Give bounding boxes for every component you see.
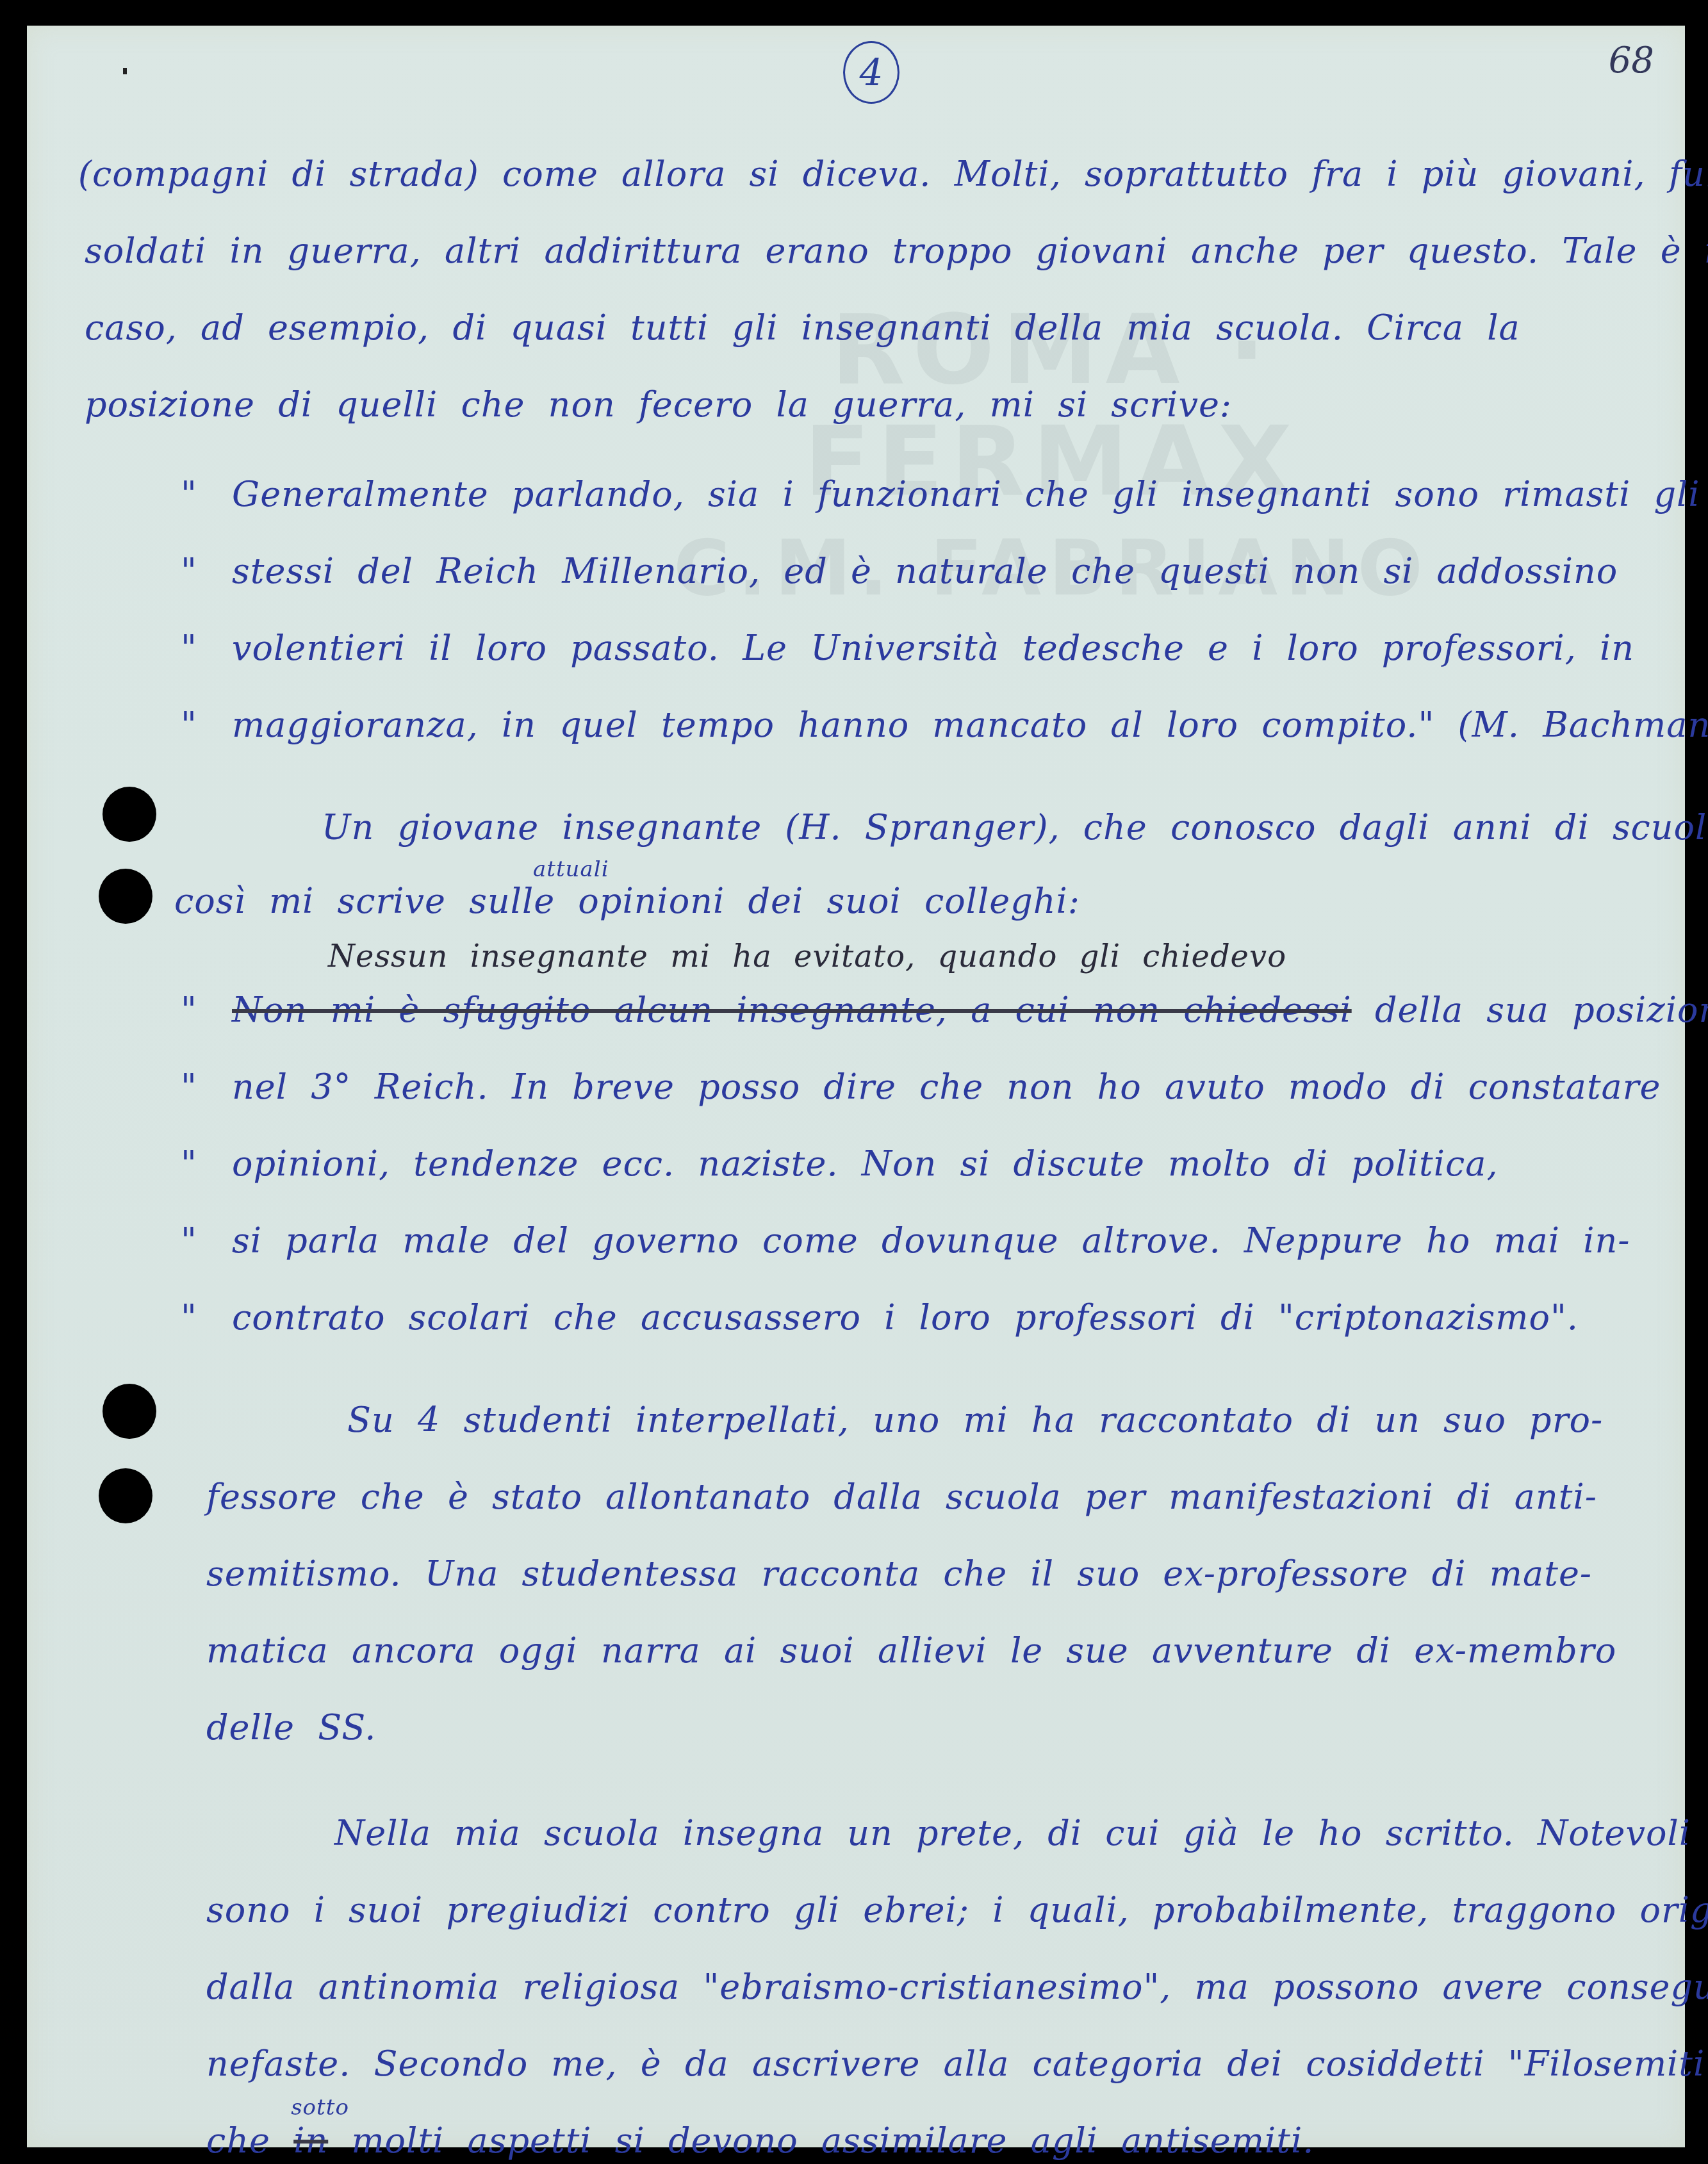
quoted-line: "Generalmente parlando, sia i funzionari… — [181, 474, 1700, 514]
text-line: soldati in guerra, altri addirittura era… — [85, 231, 1708, 271]
text-line: semitismo. Una studentessa racconta che … — [206, 1553, 1592, 1594]
ink-dot-mark — [123, 68, 127, 74]
text-line: (compagni di strada) come allora si dice… — [78, 154, 1708, 194]
ditto-quote-mark: " — [181, 1067, 232, 1107]
quoted-line: "contrato scolari che accusassero i loro… — [181, 1297, 1579, 1338]
text-line: delle SS. — [206, 1707, 376, 1748]
quoted-line: "maggioranza, in quel tempo hanno mancat… — [181, 705, 1708, 745]
quoted-line: "opinioni, tendenze ecc. naziste. Non si… — [181, 1143, 1499, 1184]
quoted-line: "Non mi è sfuggito alcun insegnante, a c… — [181, 990, 1708, 1030]
text-line: Un giovane insegnante (H. Spranger), che… — [322, 807, 1708, 848]
quoted-line: "volentieri il loro passato. Le Universi… — [181, 628, 1634, 668]
text-line: posizione di quelli che non fecero la gu… — [85, 384, 1232, 425]
interlinear-insertion: sotto — [291, 2095, 349, 2120]
quoted-line: "nel 3° Reich. In breve posso dire che n… — [181, 1067, 1661, 1107]
text-line: Su 4 studenti interpellati, uno mi ha ra… — [347, 1400, 1603, 1440]
text-line: caso, ad esempio, di quasi tutti gli ins… — [85, 307, 1520, 348]
struck-text: Non mi è sfuggito alcun insegnante, a cu… — [232, 990, 1352, 1030]
text-line: che sotto in molti aspetti si devono ass… — [206, 2120, 1314, 2161]
inserted-line: Nessun insegnante mi ha evitato, quando … — [328, 939, 1286, 974]
folio-number: 68 — [1609, 40, 1654, 81]
quoted-line: "si parla male del governo come dovunque… — [181, 1220, 1630, 1261]
ditto-quote-mark: " — [181, 990, 232, 1030]
ditto-quote-mark: " — [181, 1297, 232, 1338]
text-line: fessore che è stato allontanato dalla sc… — [206, 1477, 1597, 1517]
punch-hole-2 — [99, 869, 152, 924]
punch-hole-1 — [103, 787, 156, 842]
ditto-quote-mark: " — [181, 1220, 232, 1261]
punch-hole-4 — [99, 1468, 152, 1523]
manuscript-page: ROMA · FERMAX C.M. FABRIANO 4 68 (compag… — [27, 26, 1685, 2147]
ditto-quote-mark: " — [181, 474, 232, 514]
ditto-quote-mark: " — [181, 1143, 232, 1184]
ditto-quote-mark: " — [181, 551, 232, 591]
text-line: nefaste. Secondo me, è da ascrivere alla… — [206, 2044, 1708, 2084]
interlinear-insertion: attuali — [533, 857, 609, 882]
ditto-quote-mark: " — [181, 705, 232, 745]
text-line: sono i suoi pregiudizi contro gli ebrei;… — [206, 1890, 1708, 1930]
punch-hole-3 — [103, 1384, 156, 1439]
text-line: Nella mia scuola insegna un prete, di cu… — [334, 1813, 1691, 1853]
text-line: dalla antinomia religiosa "ebraismo-cris… — [206, 1967, 1708, 2007]
circled-page-number: 4 — [843, 41, 899, 104]
text-line: attuali così mi scrive sulle opinioni de… — [174, 881, 1080, 921]
ditto-quote-mark: " — [181, 628, 232, 668]
text-line: matica ancora oggi narra ai suoi allievi… — [206, 1630, 1616, 1671]
quoted-line: "stessi del Reich Millenario, ed è natur… — [181, 551, 1618, 591]
struck-text: in — [293, 2120, 328, 2161]
